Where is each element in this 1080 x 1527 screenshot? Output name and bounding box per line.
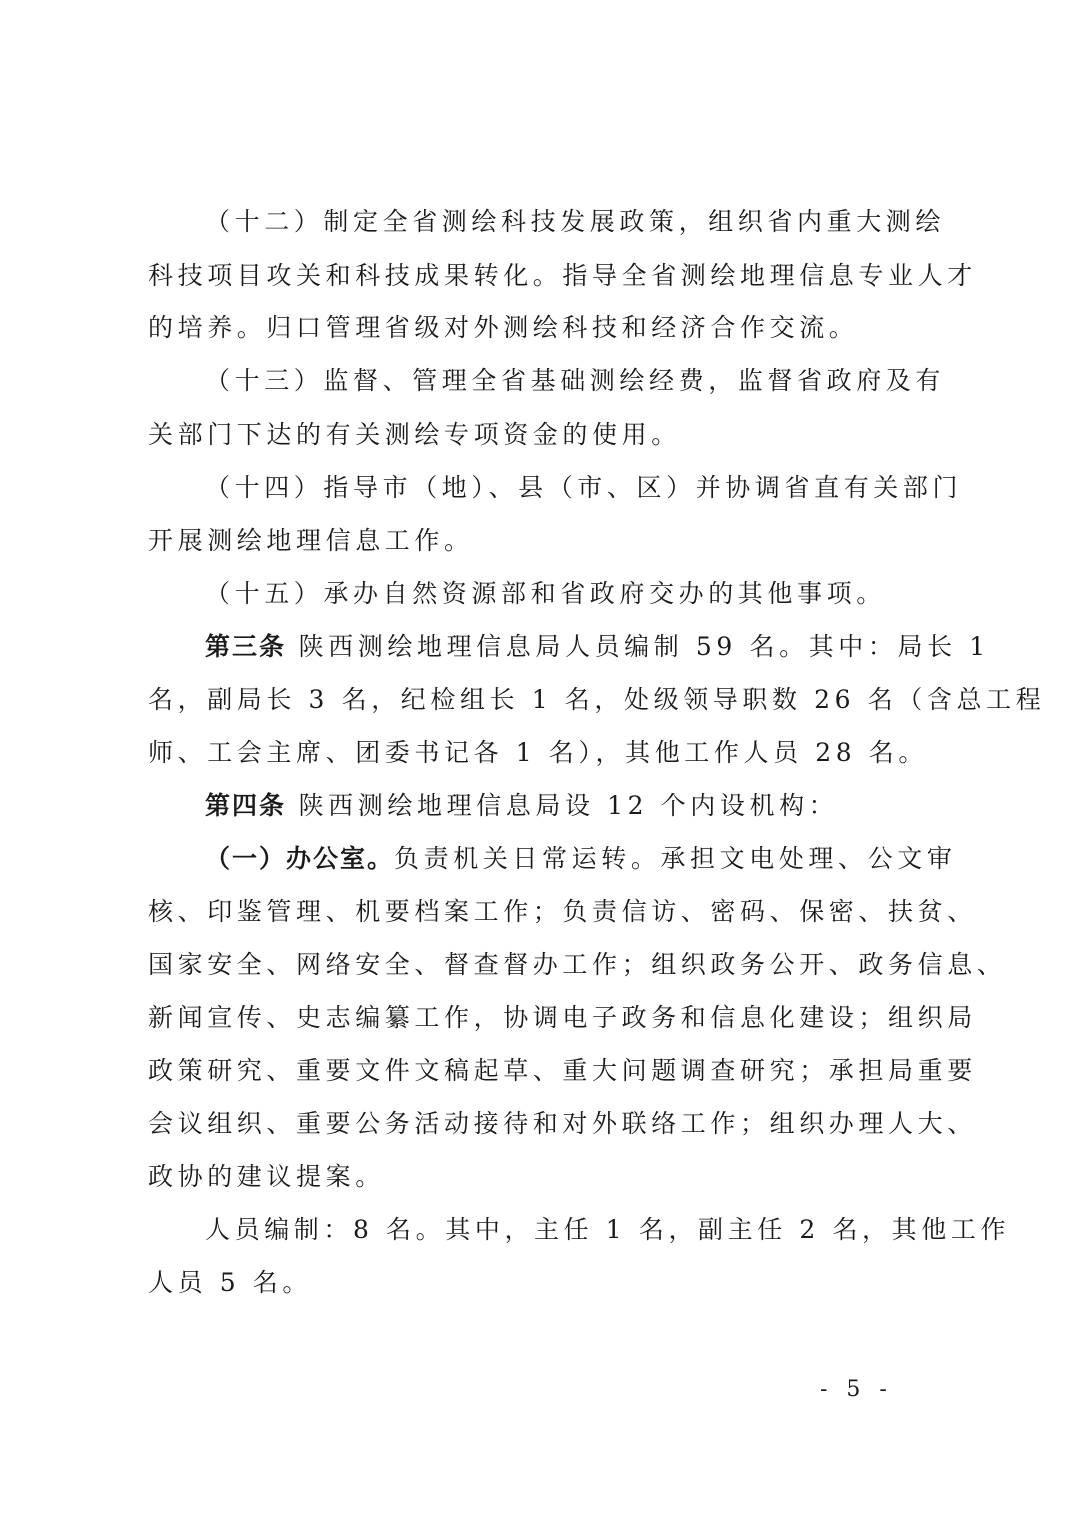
article-4-line-1: 第四条 陕西测绘地理信息局设 12 个内设机构：: [205, 786, 1005, 826]
item-13-text: 监督、管理全省基础测绘经费，监督省政府及有: [323, 366, 945, 395]
office-line-3: 国家安全、网络安全、督查督办工作；组织政务公开、政务信息、: [148, 945, 948, 985]
office-line-7: 政协的建议提案。: [148, 1157, 948, 1197]
document-page: （十二）制定全省测绘科技发展政策，组织省内重大测绘 科技项目攻关和科技成果转化。…: [0, 0, 1080, 1527]
item-15-marker: （十五）: [205, 579, 323, 608]
article-3-line-1: 第三条 陕西测绘地理信息局人员编制 59 名。其中：局长 1: [205, 627, 1005, 667]
office-staffing-line-2: 人员 5 名。: [148, 1263, 948, 1303]
article-3-heading: 第三条: [205, 632, 286, 661]
office-line-5: 政策研究、重要文件文稿起草、重大问题调查研究；承担局重要: [148, 1051, 948, 1091]
article-3-text: 陕西测绘地理信息局人员编制 59 名。其中：局长 1: [299, 632, 990, 661]
item-12-line-1: （十二）制定全省测绘科技发展政策，组织省内重大测绘: [205, 202, 1005, 242]
office-title: （一）办公室。: [205, 844, 394, 873]
office-line-6: 会议组织、重要公务活动接待和对外联络工作；组织办理人大、: [148, 1104, 948, 1144]
item-13-line-1: （十三）监督、管理全省基础测绘经费，监督省政府及有: [205, 361, 1005, 401]
item-15-line-1: （十五）承办自然资源部和省政府交办的其他事项。: [205, 574, 1005, 614]
office-line-1: （一）办公室。负责机关日常运转。承担文电处理、公文审: [205, 839, 1005, 879]
item-12-text: 制定全省测绘科技发展政策，组织省内重大测绘: [323, 207, 945, 236]
page-number: - 5 -: [820, 1372, 893, 1408]
item-14-line-2: 开展测绘地理信息工作。: [148, 521, 948, 561]
item-14-marker: （十四）: [205, 473, 323, 502]
office-line-4: 新闻宣传、史志编纂工作，协调电子政务和信息化建设；组织局: [148, 998, 948, 1038]
item-13-marker: （十三）: [205, 366, 323, 395]
item-14-line-1: （十四）指导市（地）、县（市、区）并协调省直有关部门: [205, 468, 1005, 508]
article-4-intro: 陕西测绘地理信息局设 12 个内设机构：: [299, 791, 839, 820]
item-14-text: 指导市（地）、县（市、区）并协调省直有关部门: [323, 473, 962, 502]
office-text: 负责机关日常运转。承担文电处理、公文审: [394, 844, 956, 873]
item-15-text: 承办自然资源部和省政府交办的其他事项。: [323, 579, 885, 608]
office-line-2: 核、印鉴管理、机要档案工作；负责信访、密码、保密、扶贫、: [148, 892, 948, 932]
item-12-marker: （十二）: [205, 207, 323, 236]
article-3-line-3: 师、工会主席、团委书记各 1 名），其他工作人员 28 名。: [148, 733, 948, 773]
office-staffing-line-1: 人员编制：8 名。其中，主任 1 名，副主任 2 名，其他工作: [205, 1210, 1005, 1250]
item-12-line-3: 的培养。归口管理省级对外测绘科技和经济合作交流。: [148, 308, 948, 348]
article-3-line-2: 名，副局长 3 名，纪检组长 1 名，处级领导职数 26 名（含总工程: [148, 680, 948, 720]
item-12-line-2: 科技项目攻关和科技成果转化。指导全省测绘地理信息专业人才: [148, 256, 948, 296]
item-13-line-2: 关部门下达的有关测绘专项资金的使用。: [148, 415, 948, 455]
article-4-heading: 第四条: [205, 791, 286, 820]
